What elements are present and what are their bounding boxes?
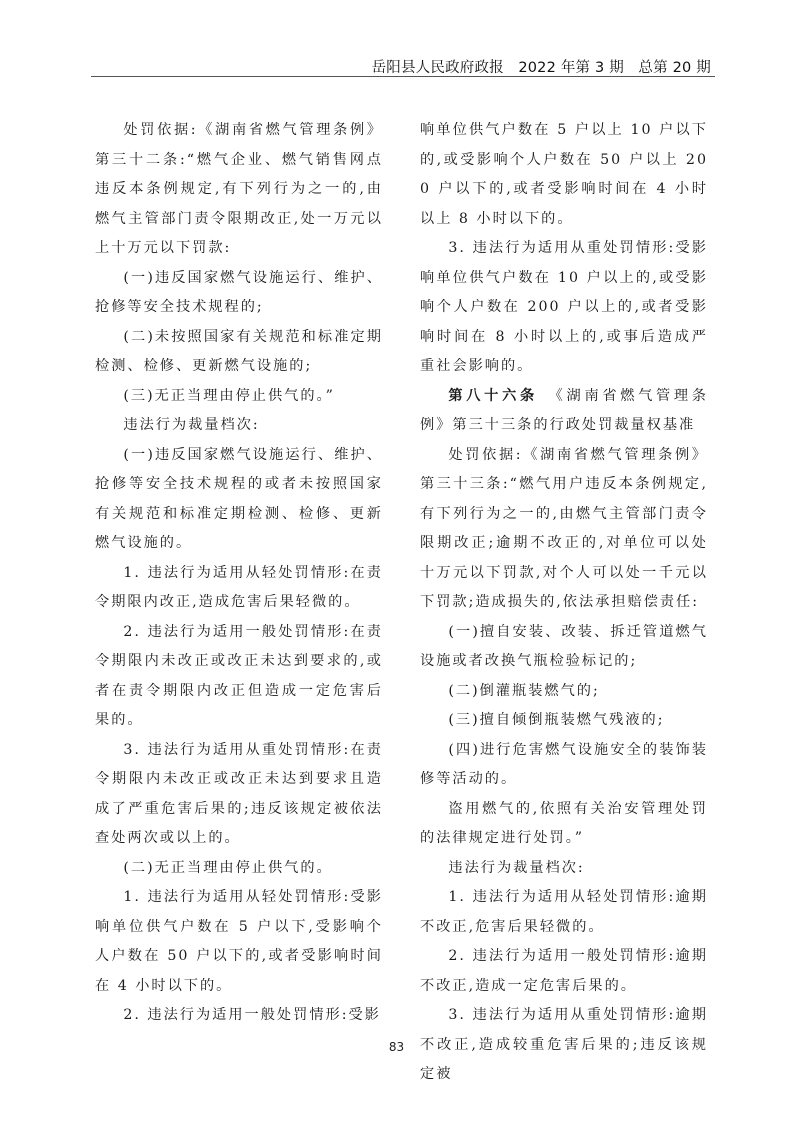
issue-number: 2022 年第 3 期	[518, 60, 624, 76]
article-heading: 第八十六条 《湖南省燃气管理条例》第三十三条的行政处罚裁量权基准	[420, 382, 708, 441]
paragraph: (一)违反国家燃气设施运行、维护、抢修等安全技术规程的;	[95, 264, 383, 323]
paragraph: (一)违反国家燃气设施运行、维护、抢修等安全技术规程的或者未按照国家有关规范和标…	[95, 441, 383, 559]
paragraph: 处罚依据:《湖南省燃气管理条例》第三十三条:“燃气用户违反本条例规定,有下列行为…	[420, 441, 708, 618]
page-number: 83	[0, 1040, 793, 1054]
paragraph: 响单位供气户数在 5 户以上 10 户以下的,或受影响个人户数在 50 户以上 …	[420, 116, 708, 234]
paragraph: 盗用燃气的,依照有关治安管理处罚的法律规定进行处罚。”	[420, 795, 708, 854]
total-issue-number: 总第 20 期	[638, 60, 711, 76]
paragraph: 处罚依据:《湖南省燃气管理条例》第三十二条:“燃气企业、燃气销售网点违反本条例规…	[95, 116, 383, 264]
paragraph: 2. 违法行为适用一般处罚情形:受影	[95, 1001, 383, 1031]
paragraph: 3. 违法行为适用从重处罚情形:在责令期限内未改正或改正未达到要求且造成了严重危…	[95, 736, 383, 854]
paragraph: (二)倒灌瓶装燃气的;	[420, 677, 708, 707]
running-header: 岳阳县人民政府政报 2022 年第 3 期 总第 20 期	[91, 56, 715, 77]
paragraph: (一)擅自安装、改装、拆迁管道燃气设施或者改换气瓶检验标记的;	[420, 618, 708, 677]
publication-name: 岳阳县人民政府政报	[372, 60, 504, 76]
paragraph: 2. 违法行为适用一般处罚情形:在责令期限内未改正或改正未达到要求的,或者在责令…	[95, 618, 383, 736]
paragraph: (三)擅自倾倒瓶装燃气残液的;	[420, 706, 708, 736]
left-column: 处罚依据:《湖南省燃气管理条例》第三十二条:“燃气企业、燃气销售网点违反本条例规…	[95, 116, 383, 1031]
header-text: 岳阳县人民政府政报 2022 年第 3 期 总第 20 期	[372, 56, 711, 77]
article-number: 第八十六条	[448, 388, 537, 404]
paragraph: 违法行为裁量档次:	[95, 411, 383, 441]
paragraph: (三)无正当理由停止供气的。”	[95, 382, 383, 412]
paragraph: (二)未按照国家有关规范和标准定期检测、检修、更新燃气设施的;	[95, 323, 383, 382]
paragraph: 2. 违法行为适用一般处罚情形:逾期不改正,造成一定危害后果的。	[420, 942, 708, 1001]
paragraph: 1. 违法行为适用从轻处罚情形:逾期不改正,危害后果轻微的。	[420, 883, 708, 942]
paragraph: 1. 违法行为适用从轻处罚情形:在责令期限内改正,造成危害后果轻微的。	[95, 559, 383, 618]
paragraph: 1. 违法行为适用从轻处罚情形:受影响单位供气户数在 5 户以下,受影响个人户数…	[95, 883, 383, 1001]
paragraph: (二)无正当理由停止供气的。	[95, 854, 383, 884]
right-column: 响单位供气户数在 5 户以上 10 户以下的,或受影响个人户数在 50 户以上 …	[420, 116, 708, 1090]
paragraph: 违法行为裁量档次:	[420, 854, 708, 884]
paragraph: 3. 违法行为适用从重处罚情形:受影响单位供气户数在 10 户以上的,或受影响个…	[420, 234, 708, 382]
paragraph: (四)进行危害燃气设施安全的装饰装修等活动的。	[420, 736, 708, 795]
